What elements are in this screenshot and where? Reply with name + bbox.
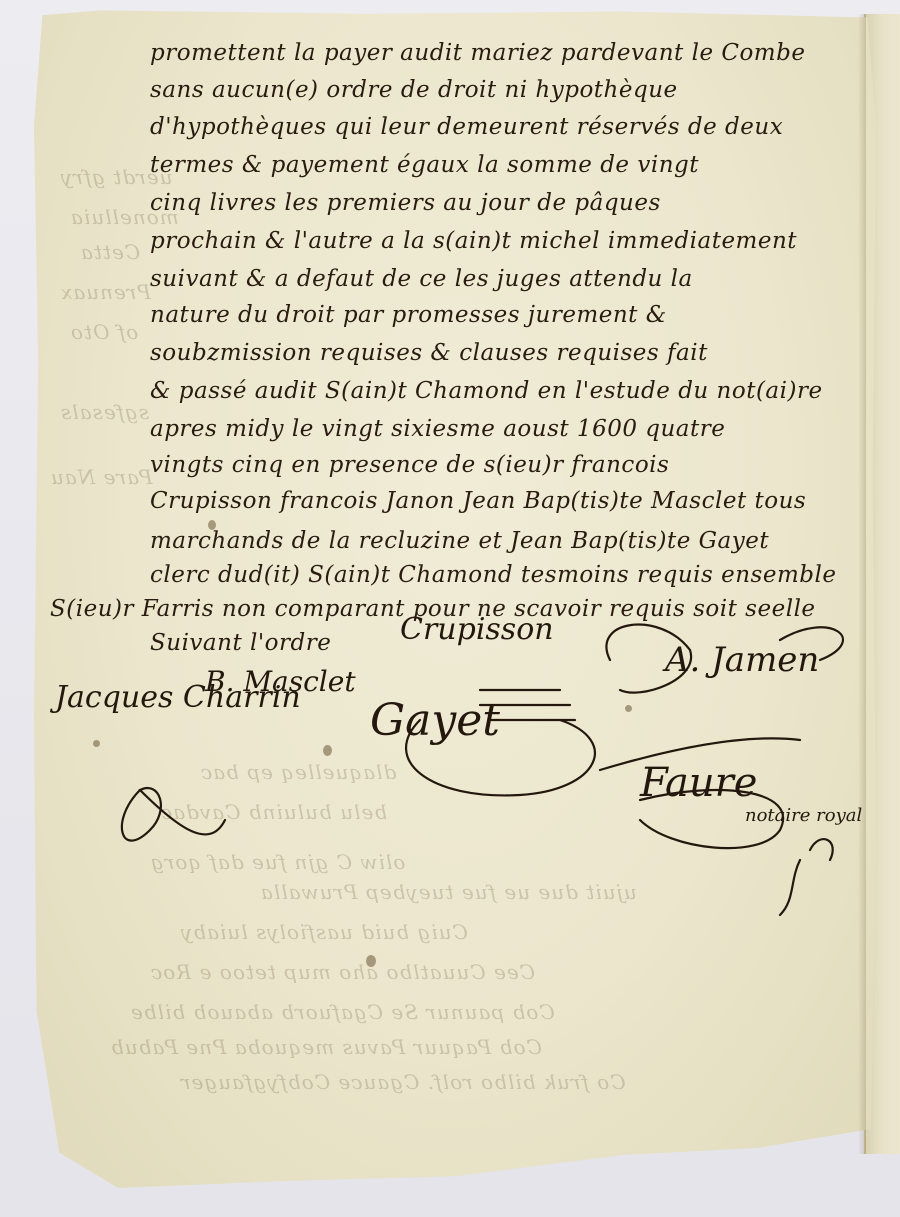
ink-blot bbox=[323, 745, 332, 756]
ink-blot bbox=[93, 740, 100, 747]
ink-blot bbox=[208, 520, 216, 530]
signature-flourishes bbox=[0, 0, 900, 1217]
ink-blot bbox=[366, 955, 376, 967]
ink-blot bbox=[625, 705, 632, 712]
